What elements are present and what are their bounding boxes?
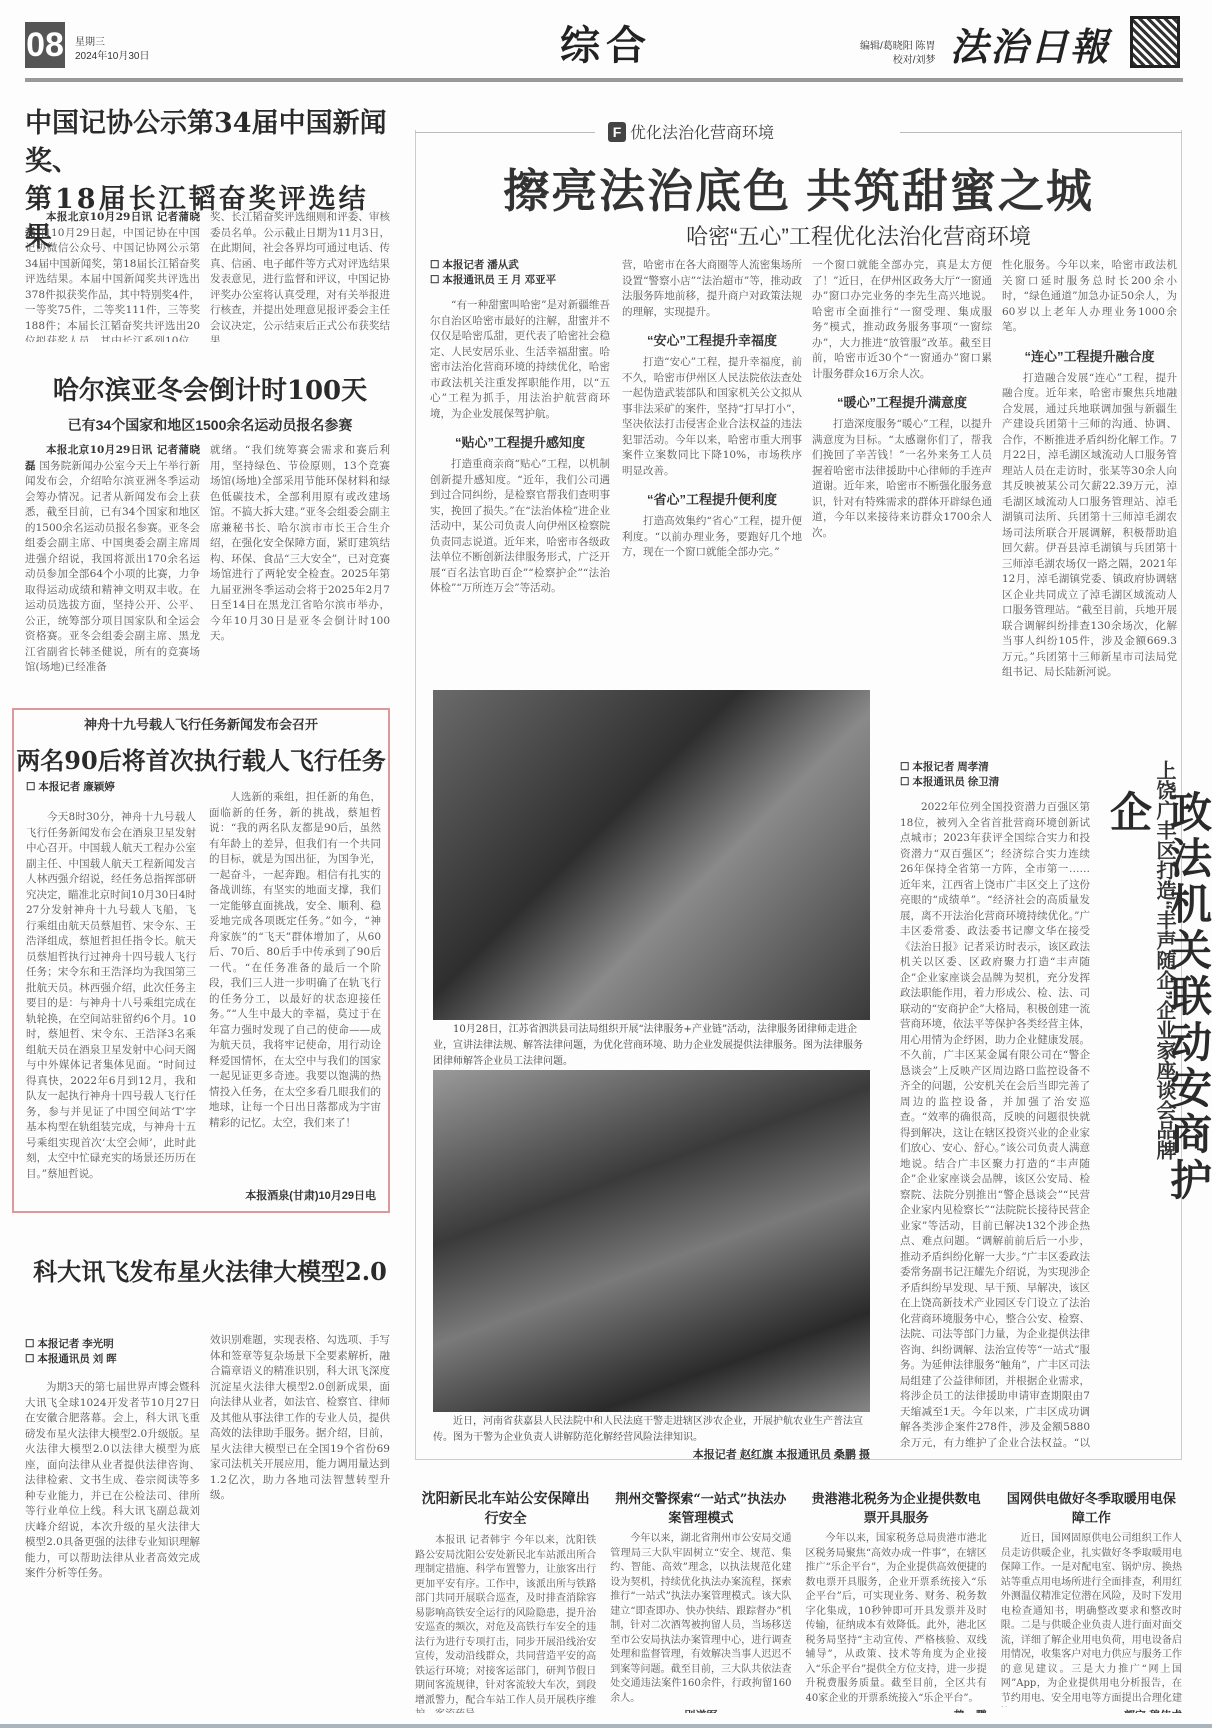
article5-body: 2022年位列全国投资潜力百强区第18位，被列入全省首批营商环境创新试点城市；2… (900, 800, 1090, 1450)
bottom-article-2: 荆州交警探索“一站式”执法办案管理模式 今年以来，湖北省荆州市公安局交通管理局三… (610, 1478, 791, 1713)
article2-col1: 本报北京10月29日讯 记者蒲晓磊 国务院新闻办公室今天上午举行新闻发布会，介绍… (25, 443, 200, 703)
article4-col1: 为期3天的第七届世界声博会暨科大讯飞全球1024开发者节10月27日在安徽合肥落… (25, 1380, 200, 1715)
section-title: 综合 (560, 14, 652, 71)
f-logo-icon: F (608, 122, 626, 142)
article3-byline: ☐ 本报记者 廉颖婷 (26, 780, 115, 795)
feature-bylines: ☐ 本报记者 潘从武 ☐ 本报通讯员 王 月 邓亚平 (430, 258, 556, 288)
article2-subheadline: 已有34个国家和地区1500余名运动员报名参赛 (25, 415, 395, 435)
footer-rule (0, 1724, 1212, 1728)
feature-headline: 擦亮法治底色 共筑甜蜜之城 (415, 155, 1182, 221)
article1-col1: 本报北京10月29日讯 记者蒲晓磊 自10月29日起，中国记协在中国记协微信公众… (25, 210, 200, 342)
article3-signoff: 本报酒泉(甘肃)10月29日电 (245, 1187, 376, 1203)
feature-subheadline: 哈密“五心”工程优化法治化营商环境 (415, 220, 1182, 251)
feature-col3: 一个窗口就能全部办完，真是太方便了！”近日，在伊州区政务大厅“一窗通办”窗口办完… (812, 258, 992, 683)
article4-col2: 效识别难题，实现表格、勾选项、手写体和签章等复杂场景下全要素解析，融合篇章语义的… (210, 1333, 390, 1713)
article5-bylines: ☐ 本报记者 周孝清 ☐ 本报通讯员 徐卫清 (900, 760, 999, 790)
article1-col2: 奖、长江韬奋奖评选细则和评委、审核委员名单。公示截止日期为11月3日，在此期间，… (210, 210, 390, 342)
date-block: 星期三 2024年10月30日 (75, 36, 150, 64)
article3-headline: 两名90后将首次执行载人飞行任务 (14, 741, 388, 776)
bottom-article-1: 沈阳新民北车站公安保障出行安全 本报讯 记者韩宇 今年以来，沈阳铁路公安局沈阳公… (415, 1478, 596, 1713)
masthead-rule (25, 78, 1183, 82)
article4-bylines: ☐ 本报记者 李光明 ☐ 本报通讯员 刘 晖 (25, 1337, 117, 1367)
weekday: 星期三 (75, 36, 150, 50)
feature-col4: 性化服务。今年以来，哈密市政法机关窗口延时服务总时长200余小时，“绿色通道”加… (1002, 258, 1177, 683)
article2-headline: 哈尔滨亚冬会倒计时100天 (30, 370, 390, 407)
feature-col2: 营，哈密市在各大商圈等人流密集场所设置“警察小店”“法治超市”等，推动政法服务阵… (622, 258, 802, 683)
newspaper-logo: 法治日報 (950, 16, 1110, 71)
qr-code-icon (1130, 16, 1180, 68)
banner-line-left (415, 132, 595, 133)
article3-box: 神舟十九号载人飞行任务新闻发布会召开 两名90后将首次执行载人飞行任务 ☐ 本报… (12, 708, 390, 1213)
photo-law-service-team (433, 690, 870, 1020)
photo2-caption-block: 近日，河南省获嘉县人民法院中和人民法庭干警走进辖区涉农企业，开展护航农业生产普法… (433, 1414, 870, 1462)
article3-col2: 人选新的乘组，担任新的角色，面临新的任务，新的挑战，蔡旭哲说：“我的两名队友都是… (209, 790, 381, 1180)
feature-banner: F 优化法治化营商环境 (608, 120, 774, 143)
feature-col1: “有一种甜蜜叫哈密”是对新疆维吾尔自治区哈密市最好的注解，甜蜜并不仅仅是哈密瓜甜… (430, 298, 610, 683)
photo-court-farm-visit (433, 1070, 870, 1412)
bottom-article-3: 贵港港北税务为企业提供数电票开具服务 今年以来，国家税务总局贵港市港北区税务局聚… (806, 1478, 987, 1713)
editor-credits: 编辑/葛晓阳 陈胃 校对/刘梦 (860, 40, 936, 68)
banner-line-right (900, 132, 1182, 133)
article4-headline: 科大讯飞发布星火法律大模型2.0 (25, 1252, 395, 1287)
bottom-articles: 沈阳新民北车站公安保障出行安全 本报讯 记者韩宇 今年以来，沈阳铁路公安局沈阳公… (415, 1478, 1182, 1713)
article3-col1: 今天8时30分，神舟十九号载人飞行任务新闻发布会在酒泉卫星发射中心召开。中国载人… (26, 810, 196, 1205)
bottom-article-4: 国网供电做好冬季取暖用电保障工作 近日，国网固原供电公司组织工作人员走访供暖企业… (1001, 1478, 1182, 1713)
page-number: 08 (25, 22, 65, 68)
issue-date: 2024年10月30日 (75, 50, 150, 64)
article5-vertical-headline: 政法机关联动安商护企 (1098, 790, 1212, 1230)
article3-kicker: 神舟十九号载人飞行任务新闻发布会召开 (14, 714, 388, 733)
article2-col2: 就绪。“我们统筹赛会需求和赛后利用，坚持绿色、节俭原则，13个竞赛场馆(场地)全… (210, 443, 390, 703)
